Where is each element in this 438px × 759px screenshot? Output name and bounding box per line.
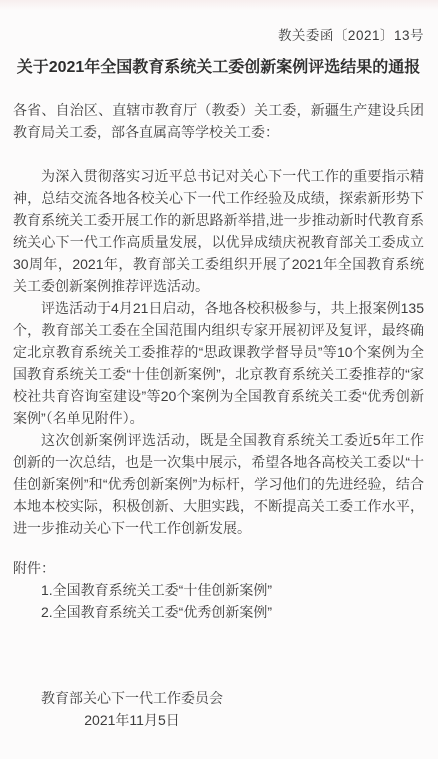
doc-number: 教关委函〔2021〕13号 [13, 27, 424, 44]
attachment-item-2: 2.全国教育系统关工委“优秀创新案例” [13, 601, 424, 623]
paragraph-3: 这次创新案例评选活动，既是全国教育系统关工委近5年工作创新的一次总结，也是一次集… [13, 429, 424, 539]
signature-organization: 教育部关心下一代工作委员会 [41, 687, 223, 709]
page-title: 关于2021年全国教育系统关工委创新案例评选结果的通报 [13, 57, 424, 78]
notice-document: 教关委函〔2021〕13号 关于2021年全国教育系统关工委创新案例评选结果的通… [0, 0, 438, 759]
paragraph-2: 评选活动于4月21日启动，各地各校积极参与，共上报案例135个，教育部关工委在全… [13, 297, 424, 429]
attachment-item-1: 1.全国教育系统关工委“十佳创新案例” [13, 579, 424, 601]
attachments-section: 附件： 1.全国教育系统关工委“十佳创新案例” 2.全国教育系统关工委“优秀创新… [13, 557, 424, 623]
attachments-label: 附件： [13, 557, 424, 579]
paragraph-1: 为深入贯彻落实习近平总书记对关心下一代工作的重要指示精神，总结交流各地各校关心下… [13, 165, 424, 297]
salutation: 各省、自治区、直辖市教育厅（教委）关工委，新疆生产建设兵团教育局关工委，部各直属… [13, 99, 424, 143]
signature-date: 2021年11月5日 [41, 709, 223, 731]
signature-block: 教育部关心下一代工作委员会 2021年11月5日 [41, 687, 223, 731]
